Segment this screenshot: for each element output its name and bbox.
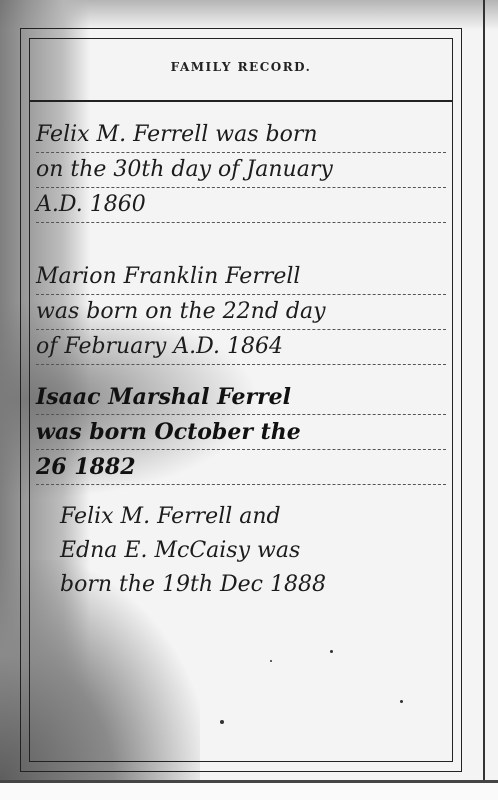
- entry-line: Marion Franklin Ferrell: [36, 260, 446, 295]
- entry-line: Isaac Marshal Ferrel: [36, 380, 446, 415]
- entry-line: born the 19th Dec 1888: [60, 568, 470, 602]
- entry-line: was born on the 22nd day: [36, 295, 446, 330]
- entry-line: Felix M. Ferrell was born: [36, 118, 446, 153]
- record-entry-edna: Felix M. Ferrell and Edna E. McCaisy was…: [60, 500, 470, 602]
- entry-line: Edna E. McCaisy was: [60, 534, 470, 568]
- record-entry-felix: Felix M. Ferrell was born on the 30th da…: [36, 118, 446, 223]
- record-page: FAMILY RECORD. Felix M. Ferrell was born…: [0, 0, 498, 780]
- right-margin-rule: [483, 0, 485, 780]
- ink-speck: [330, 650, 333, 653]
- scan-bottom-edge: [0, 780, 498, 800]
- entry-line: Felix M. Ferrell and: [60, 500, 470, 534]
- ink-speck: [400, 700, 403, 703]
- record-entry-isaac: Isaac Marshal Ferrel was born October th…: [36, 380, 446, 485]
- ink-speck: [270, 660, 272, 662]
- page-title: FAMILY RECORD.: [30, 60, 452, 74]
- entry-line: of February A.D. 1864: [36, 330, 446, 365]
- entry-line: A.D. 1860: [36, 188, 446, 223]
- entry-line: 26 1882: [36, 450, 446, 485]
- entry-line: was born October the: [36, 415, 446, 450]
- record-entry-marion: Marion Franklin Ferrell was born on the …: [36, 260, 446, 365]
- header-divider: [30, 100, 452, 102]
- entry-line: on the 30th day of January: [36, 153, 446, 188]
- ink-speck: [220, 720, 224, 724]
